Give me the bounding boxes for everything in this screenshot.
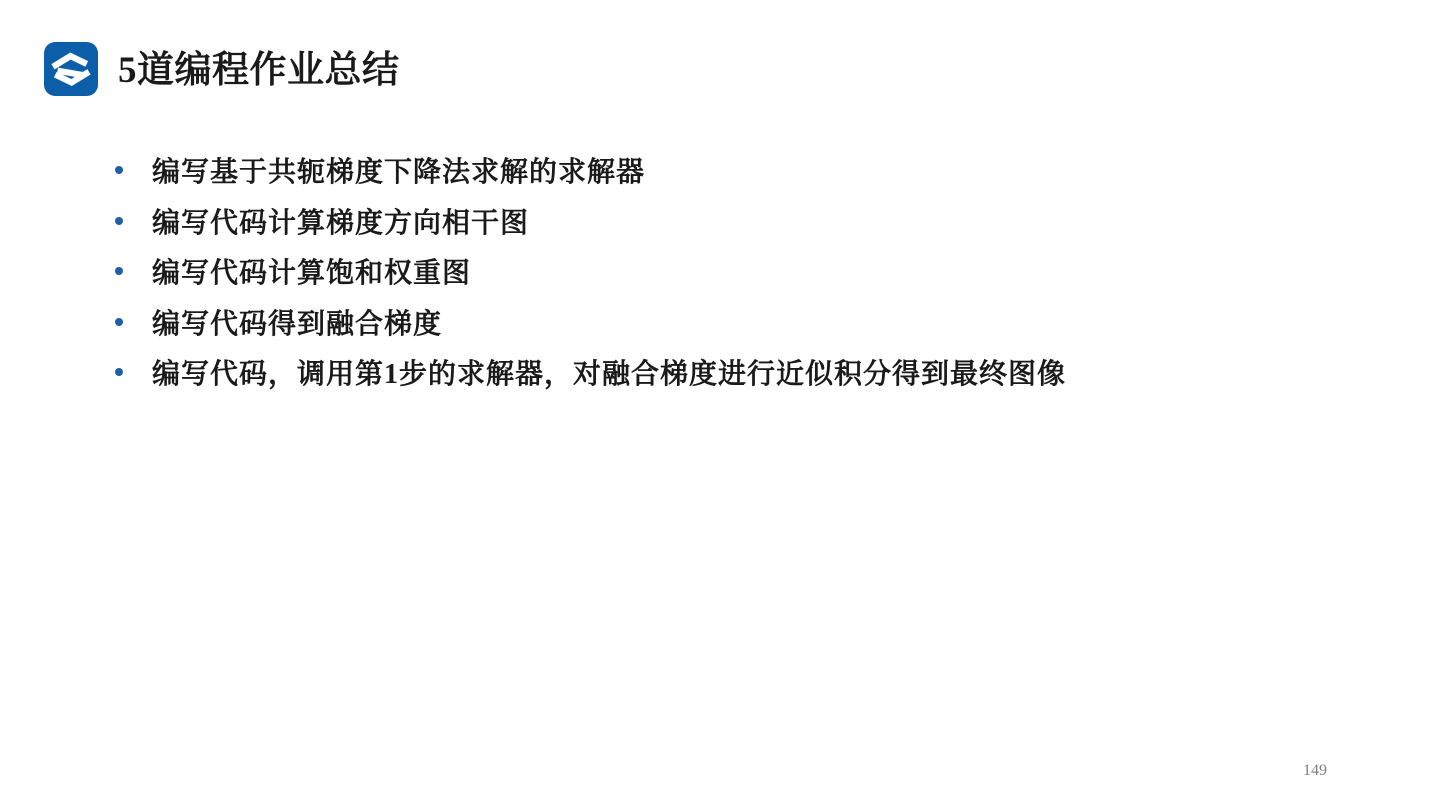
bullet-text: 编写代码计算梯度方向相干图 — [152, 201, 529, 241]
bullet-dot-icon — [115, 217, 123, 225]
list-item: 编写代码得到融合梯度 — [115, 297, 1066, 348]
bullet-dot-icon — [115, 318, 123, 326]
list-item: 编写代码，调用第1步的求解器，对融合梯度进行近似积分得到最终图像 — [115, 347, 1066, 398]
bullet-text: 编写代码，调用第1步的求解器，对融合梯度进行近似积分得到最终图像 — [152, 352, 1066, 392]
list-item: 编写代码计算饱和权重图 — [115, 246, 1066, 297]
bullet-list: 编写基于共轭梯度下降法求解的求解器 编写代码计算梯度方向相干图 编写代码计算饱和… — [115, 145, 1066, 398]
bullet-text: 编写基于共轭梯度下降法求解的求解器 — [152, 150, 645, 190]
stacked-s-logo-icon — [44, 42, 98, 96]
bullet-dot-icon — [115, 166, 123, 174]
bullet-dot-icon — [115, 267, 123, 275]
list-item: 编写基于共轭梯度下降法求解的求解器 — [115, 145, 1066, 196]
page-title: 5道编程作业总结 — [118, 44, 400, 98]
presentation-slide: 5道编程作业总结 编写基于共轭梯度下降法求解的求解器 编写代码计算梯度方向相干图… — [0, 0, 1440, 810]
list-item: 编写代码计算梯度方向相干图 — [115, 196, 1066, 247]
bullet-text: 编写代码得到融合梯度 — [152, 302, 442, 342]
bullet-text: 编写代码计算饱和权重图 — [152, 251, 471, 291]
page-number: 149 — [1303, 762, 1327, 780]
bullet-dot-icon — [115, 368, 123, 376]
